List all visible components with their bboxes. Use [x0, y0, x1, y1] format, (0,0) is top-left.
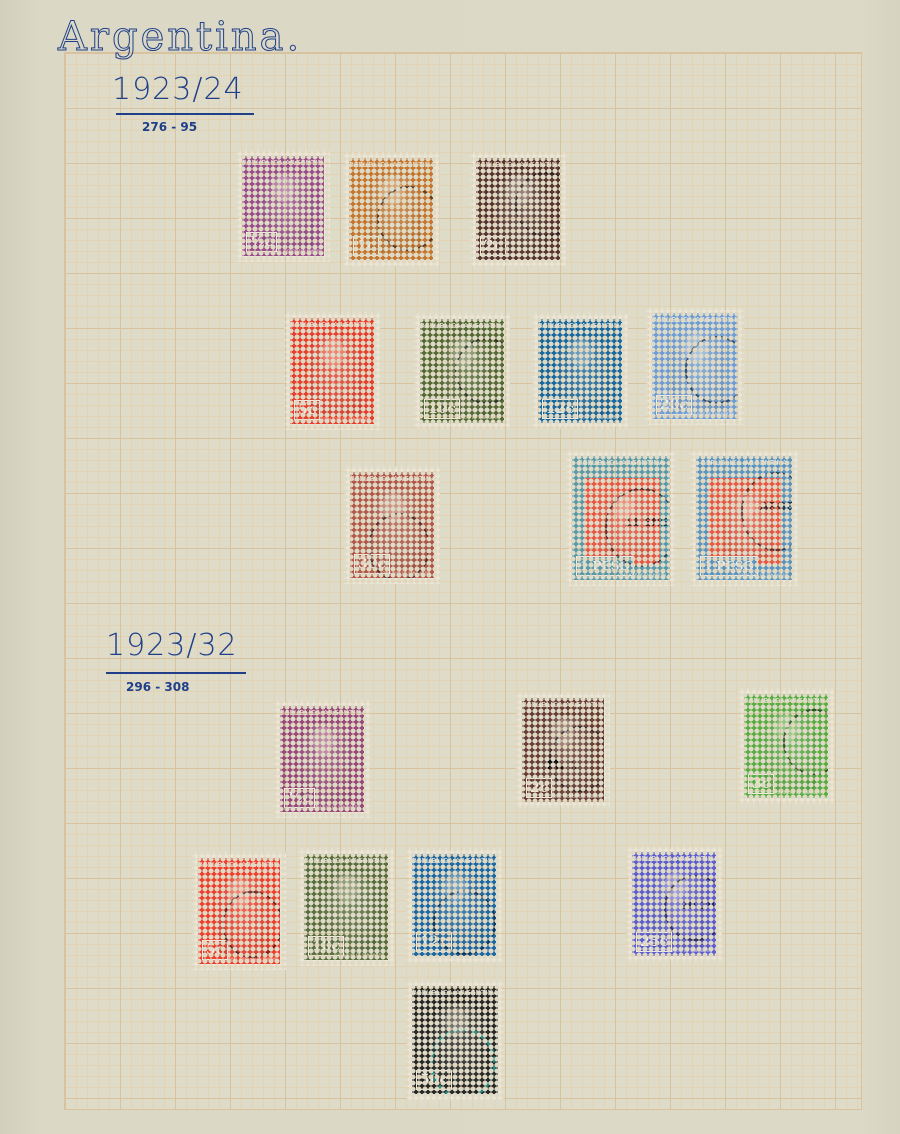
- stamp-value: 3c: [748, 774, 774, 794]
- stamp: REPUBLICA ARGENTINA25cGRAL JOSÉ DE SAN M…: [626, 846, 722, 962]
- stamp-legend: GRAL JOSÉ DE SAN MARTIN: [452, 416, 500, 420]
- stamp-legend: GRAL JOSÉ DE SAN MARTIN: [312, 805, 360, 809]
- stamp-value: 1c: [353, 236, 379, 256]
- portrait-head: [312, 727, 334, 755]
- stamp-value: 5c: [202, 940, 228, 960]
- stamp-header: REPUBLICA ARGENTINA: [280, 709, 364, 717]
- stamp-header: REPUBLICA ARGENTINA: [696, 459, 792, 467]
- stamp-header: REPUBLICA ARGENTINA: [652, 316, 738, 324]
- stamp-value: 2c: [526, 778, 552, 798]
- album-page: Argentina. 1923/24 276 - 95 1923/32 296 …: [0, 0, 900, 1134]
- postmark-cancel: [377, 186, 433, 251]
- stamp-design: REPUBLICA ARGENTINA1cGRAL JOSÉ DE SAN MA…: [349, 158, 433, 260]
- stamp-design: REPUBLICA ARGENTINA3cGRAL JOSÉ DE SAN MA…: [744, 694, 828, 798]
- postmark-text: 20 29: [681, 899, 715, 912]
- stamp-header: REPUBLICA ARGENTINA: [412, 857, 496, 865]
- section-2-underline: [106, 672, 246, 674]
- stamp: REPUBLICA ARGENTINA½cGRAL JOSÉ DE SAN MA…: [274, 700, 370, 818]
- stamp-legend: GRAL JOSÉ DE SAN MARTIN: [740, 573, 788, 577]
- stamp-legend: GRAL JOSÉ DE SAN MARTIN: [272, 249, 320, 253]
- postmark-cancel: [433, 890, 496, 955]
- stamp-header: REPUBLICA ARGENTINA: [412, 989, 498, 997]
- portrait-head: [322, 339, 344, 367]
- stamp-design: REPUBLICA ARGENTINA50cGRAL JOSÉ DE SAN M…: [412, 986, 498, 1094]
- section-2-catalog-range: 296 - 308: [126, 680, 189, 694]
- stamp-design: REPUBLICA ARGENTINA20cGRAL JOSÉ DE SAN M…: [652, 313, 738, 419]
- stamp: REPUBLICA ARGENTINA2cGRAL JOSÉ DE SAN MA…: [470, 152, 566, 266]
- stamp: REPUBLICA ARGENTINA1 PESOGRAL JOSÉ DE SA…: [690, 450, 798, 586]
- stamp-header: REPUBLICA ARGENTINA: [198, 861, 280, 869]
- postmark-text: 11 ENE: [624, 516, 667, 529]
- stamp-header: REPUBLICA ARGENTINA: [538, 322, 622, 330]
- stamp: REPUBLICA ARGENTINA12cGRAL JOSÉ DE SAN M…: [406, 848, 502, 962]
- stamp-design: REPUBLICA ARGENTINA30cGRAL JOSÉ DE SAN M…: [350, 472, 434, 578]
- stamp: REPUBLICA ARGENTINA20cGRAL JOSÉ DE SAN M…: [646, 307, 744, 425]
- stamp: REPUBLICA ARGENTINA2cGRAL JOSÉ DE SAN MA…: [516, 692, 610, 808]
- stamp-header: REPUBLICA ARGENTINA: [420, 322, 504, 330]
- stamp: REPUBLICA ARGENTINA1cGRAL JOSÉ DE SAN MA…: [343, 152, 439, 266]
- portrait-head: [336, 875, 358, 903]
- stamp: REPUBLICA ARGENTINA½cGRAL JOSÉ DE SAN MA…: [236, 150, 330, 262]
- stamp: REPUBLICA ARGENTINA5cGRAL JOSÉ DE SAN MA…: [284, 312, 380, 430]
- stamp-legend: GRAL JOSÉ DE SAN MARTIN: [508, 253, 556, 257]
- stamp-design: REPUBLICA ARGENTINA12cGRAL JOSÉ DE SAN M…: [538, 319, 622, 423]
- stamp: REPUBLICA ARGENTINA10cGRAL JOSÉ DE SAN M…: [414, 313, 510, 429]
- stamp-header: REPUBLICA ARGENTINA: [290, 321, 374, 329]
- stamp-design: REPUBLICA ARGENTINA5cGRAL JOSÉ DE SAN MA…: [290, 318, 374, 424]
- stamp-value: 5c: [294, 400, 320, 420]
- stamp-legend: GRAL JOSÉ DE SAN MARTIN: [336, 953, 384, 957]
- stamp-value: ½c: [284, 788, 315, 808]
- stamp-header: REPUBLICA ARGENTINA: [476, 161, 560, 169]
- stamp-legend: GRAL JOSÉ DE SAN MARTIN: [618, 573, 666, 577]
- stamp-header: REPUBLICA ARGENTINA: [572, 459, 670, 467]
- stamp-header: REPUBLICA ARGENTINA: [304, 857, 388, 865]
- stamp-header: REPUBLICA ARGENTINA: [350, 475, 434, 483]
- stamp-value: 2c: [480, 236, 506, 256]
- postmark-cancel: 11 ENE: [605, 488, 670, 566]
- stamp-design: REPUBLICA ARGENTINA½cGRAL JOSÉ DE SAN MA…: [280, 706, 364, 812]
- stamp-design: REPUBLICA ARGENTINA12cGRAL JOSÉ DE SAN M…: [412, 854, 496, 956]
- stamp-header: REPUBLICA ARGENTINA: [744, 697, 828, 705]
- section-2-year: 1923/32: [106, 628, 238, 663]
- postmark-cancel: [549, 726, 604, 792]
- stamp-design: REPUBLICA ARGENTINA1 PESOGRAL JOSÉ DE SA…: [572, 456, 670, 580]
- stamp-design: REPUBLICA ARGENTINA2cGRAL JOSÉ DE SAN MA…: [522, 698, 604, 802]
- stamp-legend: GRAL JOSÉ DE SAN MARTIN: [570, 416, 618, 420]
- stamp-design: REPUBLICA ARGENTINA1 PESOGRAL JOSÉ DE SA…: [696, 456, 792, 580]
- portrait-head: [570, 340, 592, 367]
- country-title: Argentina.: [58, 14, 302, 60]
- stamp-design: REPUBLICA ARGENTINA10cGRAL JOSÉ DE SAN M…: [420, 319, 504, 423]
- stamp-legend: GRAL JOSÉ DE SAN MARTIN: [552, 795, 600, 799]
- postmark-cancel: [368, 513, 431, 578]
- stamp-design: REPUBLICA ARGENTINA10cGRAL JOSÉ DE SAN M…: [304, 854, 388, 960]
- section-1-underline: [116, 113, 254, 115]
- stamp-header: REPUBLICA ARGENTINA: [242, 159, 324, 167]
- stamp-design: REPUBLICA ARGENTINA25cGRAL JOSÉ DE SAN M…: [632, 852, 716, 956]
- stamp-design: REPUBLICA ARGENTINA2cGRAL JOSÉ DE SAN MA…: [476, 158, 560, 260]
- section-1-year: 1923/24: [112, 72, 244, 107]
- stamp: REPUBLICA ARGENTINA50cGRAL JOSÉ DE SAN M…: [406, 980, 504, 1100]
- postmark-cancel: [222, 891, 280, 959]
- stamp-design: REPUBLICA ARGENTINA½cGRAL JOSÉ DE SAN MA…: [242, 156, 324, 256]
- stamp-legend: GRAL JOSÉ DE SAN MARTIN: [664, 949, 712, 953]
- stamp-header: REPUBLICA ARGENTINA: [522, 701, 604, 709]
- stamp: REPUBLICA ARGENTINA10cGRAL JOSÉ DE SAN M…: [298, 848, 394, 966]
- stamp: REPUBLICA ARGENTINA12cGRAL JOSÉ DE SAN M…: [532, 313, 628, 429]
- stamp-header: REPUBLICA ARGENTINA: [349, 161, 433, 169]
- stamp-legend: GRAL JOSÉ DE SAN MARTIN: [322, 417, 370, 421]
- stamp-legend: GRAL JOSÉ DE SAN MARTIN: [776, 791, 824, 795]
- section-1-catalog-range: 276 - 95: [142, 120, 197, 134]
- postmark-cancel: [430, 1028, 496, 1094]
- stamp-legend: GRAL JOSÉ DE SAN MARTIN: [381, 253, 429, 257]
- stamp: REPUBLICA ARGENTINA30cGRAL JOSÉ DE SAN M…: [344, 466, 440, 584]
- stamp-legend: GRAL JOSÉ DE SAN MARTIN: [686, 412, 734, 416]
- postmark-text: ARGE: [760, 500, 792, 513]
- stamp: REPUBLICA ARGENTINA1 PESOGRAL JOSÉ DE SA…: [566, 450, 676, 586]
- stamp-header: REPUBLICA ARGENTINA: [632, 855, 716, 863]
- stamp: REPUBLICA ARGENTINA3cGRAL JOSÉ DE SAN MA…: [738, 688, 834, 804]
- stamp-design: REPUBLICA ARGENTINA5cGRAL JOSÉ DE SAN MA…: [198, 858, 280, 964]
- stamp: REPUBLICA ARGENTINA5cGRAL JOSÉ DE SAN MA…: [192, 852, 286, 970]
